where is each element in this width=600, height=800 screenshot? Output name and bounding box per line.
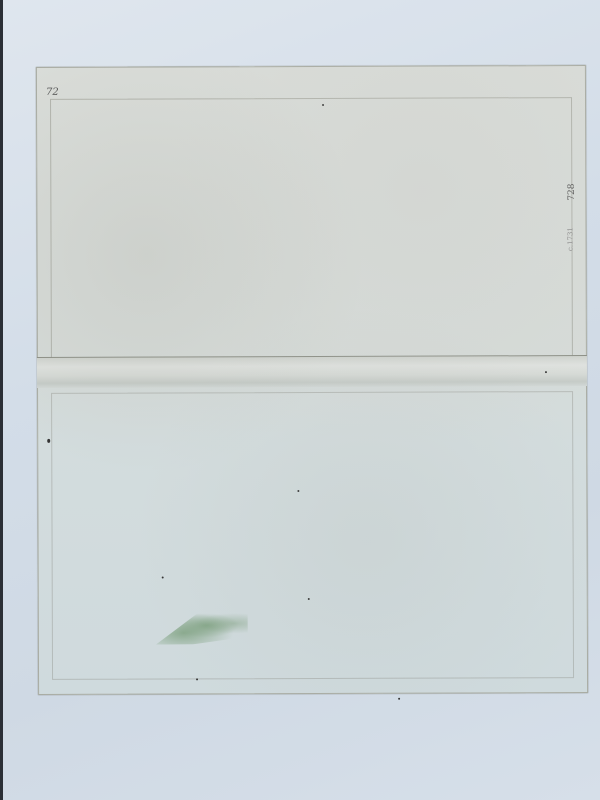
foxing-speck [545, 371, 547, 373]
foxing-speck [47, 439, 50, 443]
foxing-speck [308, 598, 310, 600]
map-sheet-verso: 72 728 c.1731 [36, 65, 588, 695]
foxing-speck [322, 104, 324, 106]
upper-plate-outline [50, 97, 573, 361]
center-fold-guard [37, 355, 587, 388]
handwritten-note-right: 728 [567, 183, 577, 200]
lower-plate-outline [51, 391, 574, 680]
photo-edge [0, 0, 3, 800]
foxing-speck [196, 678, 198, 680]
foxing-speck [398, 698, 400, 700]
handwritten-note-top-left: 72 [46, 87, 59, 98]
foxing-speck [162, 577, 164, 579]
foxing-speck [297, 490, 299, 492]
faint-note-right: c.1731 [566, 227, 574, 251]
